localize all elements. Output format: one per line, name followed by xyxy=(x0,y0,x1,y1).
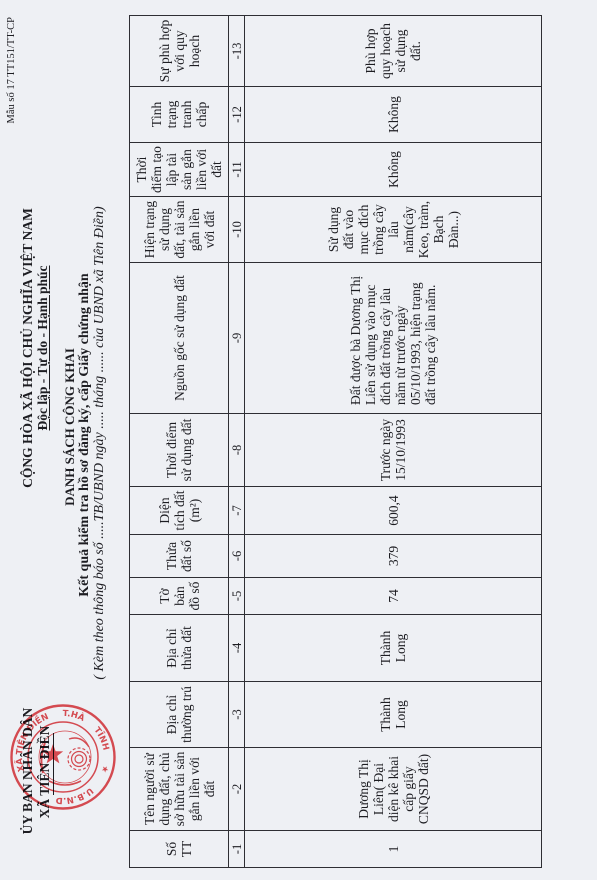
column-number-row: -1 -2 -3 -4 -5 -6 -7 -8 -9 -10 -11 -12 -… xyxy=(229,16,245,868)
column-number: -7 xyxy=(229,487,245,535)
cell-planning-compliance: Phù hợp quy hoạch sử dụng đất. xyxy=(245,16,542,87)
seal-outer-ring xyxy=(12,706,115,809)
column-number: -10 xyxy=(229,197,245,263)
svg-text:XÃ TIÊN ĐIỀN: XÃ TIÊN ĐIỀN xyxy=(14,712,50,773)
col-header-map-sheet-no: Tờ bản đồ số xyxy=(130,578,229,615)
cell-current-status: Sử dụng đất vào mục đích trồng cây lâu n… xyxy=(245,197,542,263)
column-number: -6 xyxy=(229,535,245,578)
col-header-current-status: Hiện trạng sử dụng đất, tài sản gắn liền… xyxy=(130,197,229,263)
cell-map-sheet-no: 74 xyxy=(245,578,542,615)
cell-dispute-status: Không xyxy=(245,87,542,143)
svg-text:★: ★ xyxy=(98,764,110,774)
column-number: -11 xyxy=(229,143,245,197)
cell-land-use-since: Trước ngày 15/10/1993 xyxy=(245,414,542,487)
seal-star-icon xyxy=(43,744,63,763)
column-number: -8 xyxy=(229,414,245,487)
col-header-land-use-since: Thời điểm sử dụng đất xyxy=(130,414,229,487)
public-list-table: Số TT Tên người sử dụng đất, chủ sở hữu … xyxy=(129,15,542,868)
seal-star: ★ xyxy=(98,764,110,774)
column-number: -4 xyxy=(229,615,245,682)
table-row: 1 Dương Thị Liên( Đại diện kê khai cấp g… xyxy=(245,16,542,868)
col-header-parcel-address: Địa chỉ thửa đất xyxy=(130,615,229,682)
form-code: Mẫu số 17 TT151/TT-CP xyxy=(4,17,20,123)
col-header-parcel-no: Thửa đất số xyxy=(130,535,229,578)
motto-text: Độc lập - Tự do - Hạnh phúc xyxy=(35,265,50,430)
column-number: -1 xyxy=(229,831,245,868)
reference-note: ( Kèm theo thông báo số .....TB/UBND ngà… xyxy=(92,93,108,793)
col-header-land-origin: Nguồn gốc sử dụng đất xyxy=(130,263,229,414)
cell-land-origin: Đất được bà Dương Thị Liên sử dụng vào m… xyxy=(245,263,542,414)
national-motto: Độc lập - Tự do - Hạnh phúc xyxy=(35,98,51,598)
emblem-icon xyxy=(39,731,91,785)
col-header-stt: Số TT xyxy=(130,831,229,868)
column-number: -3 xyxy=(229,682,245,748)
column-number: -9 xyxy=(229,263,245,414)
column-number: -12 xyxy=(229,87,245,143)
table-header-row: Số TT Tên người sử dụng đất, chủ sở hữu … xyxy=(130,16,229,868)
cell-permanent-address: Thành Long xyxy=(245,682,542,748)
column-number: -2 xyxy=(229,748,245,831)
official-seal: ★ U.B.N.D XÃ TIÊN ĐIỀN T.HÀ TĨNH xyxy=(9,703,117,811)
col-header-dispute-status: Tình trạng tranh chấp xyxy=(130,87,229,143)
col-header-asset-creation-time: Thời điểm tạo lập tài sản gắn liền với đ… xyxy=(130,143,229,197)
seal-inner-ring xyxy=(28,722,98,792)
col-header-owner-name: Tên người sử dụng đất, chủ sở hữu tài sả… xyxy=(130,748,229,831)
col-header-planning-compliance: Sự phù hợp với quy hoạch xyxy=(130,16,229,87)
cell-parcel-address: Thành Long xyxy=(245,615,542,682)
document-subtitle: Kết quả kiểm tra hồ sơ đăng ký, cấp Giấy… xyxy=(77,135,93,735)
cell-asset-creation-time: Không xyxy=(245,143,542,197)
col-header-area: Diện tích đất (m²) xyxy=(130,487,229,535)
national-title: CỘNG HÒA XÃ HỘI CHỦ NGHĨA VIỆT NAM xyxy=(20,98,36,598)
cell-parcel-no: 379 xyxy=(245,535,542,578)
column-number: -5 xyxy=(229,578,245,615)
column-number: -13 xyxy=(229,16,245,87)
cell-owner-name: Dương Thị Liên( Đại diện kê khai cấp giấ… xyxy=(245,748,542,831)
seal-text-left: XÃ TIÊN ĐIỀN xyxy=(14,712,50,773)
cell-stt: 1 xyxy=(245,831,542,868)
cell-area: 600,4 xyxy=(245,487,542,535)
col-header-permanent-address: Địa chỉ thường trú xyxy=(130,682,229,748)
document-title: DANH SÁCH CÔNG KHAI xyxy=(62,177,78,677)
